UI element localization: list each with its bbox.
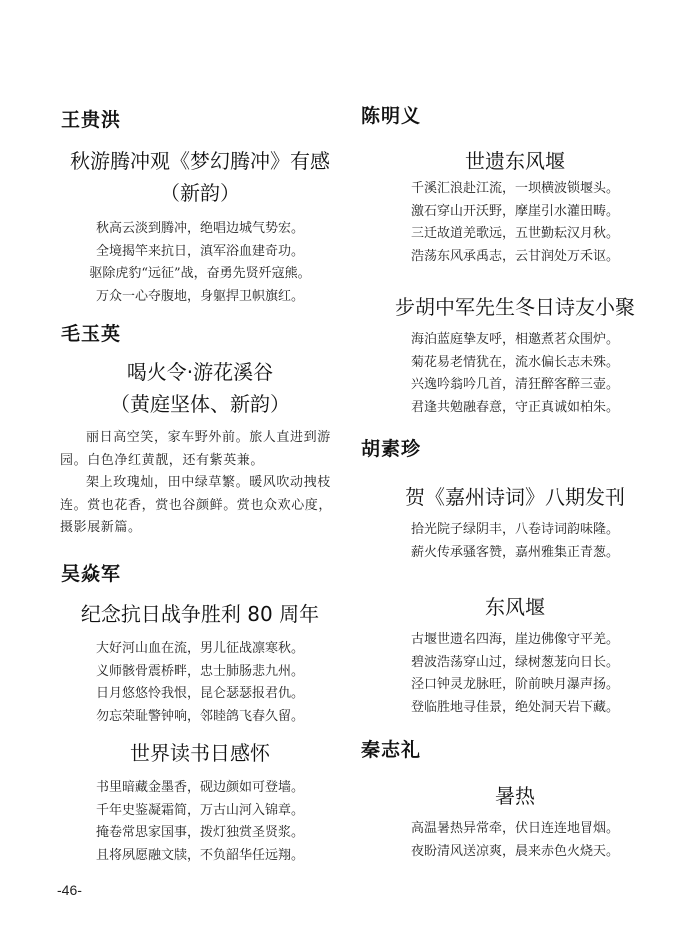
poem-body: 秋高云淡到腾冲，绝唱边城气势宏。 全境揭竿来抗日，滇军浴血建奇功。 驱除虎豹“远… <box>50 218 350 308</box>
poem-line: 碧波浩荡穿山过，绿树葱茏向日长。 <box>360 652 670 675</box>
poem-line: 驱除虎豹“远征”战，奋勇先贤歼寇熊。 <box>50 263 350 286</box>
poem-line: 义师骸骨震桥畔，忠士肺肠悲九州。 <box>50 661 350 684</box>
poem-title: 纪念抗日战争胜利 80 周年 <box>50 599 350 629</box>
poem-body: 古堰世遗名四海，崖边佛像守平羌。 碧波浩荡穿山过，绿树葱茏向日长。 泾口钟灵龙脉… <box>360 629 670 719</box>
poem-line: 日月悠悠怜我恨，昆仑瑟瑟报君仇。 <box>50 683 350 706</box>
poem-body: 千溪汇浪赴江流，一坝横波锁堰头。 激石穿山开沃野，摩崖引水灌田畴。 三迁故道羌歌… <box>360 178 670 268</box>
poem-line: 登临胜地寻佳景，绝处洞天岩下藏。 <box>360 697 670 720</box>
poem-line: 勿忘荣耻警钟响，邻睦鸽飞春久留。 <box>50 706 350 729</box>
poem-title: 步胡中军先生冬日诗友小聚 <box>360 292 670 322</box>
poem-line: 掩卷常思家国事，拨灯独赏圣贤浆。 <box>50 822 350 845</box>
poem-line: 大好河山血在流，男儿征战凛寒秋。 <box>50 638 350 661</box>
poem-line: 海泊蓝庭挚友呼，相邀煮茗众围炉。 <box>360 329 670 352</box>
poem-line: 激石穿山开沃野，摩崖引水灌田畴。 <box>360 201 670 224</box>
ci-body: 丽日高空笑，家车野外前。旅人直进到游园。白色净红黄靓，还有紫英兼。 架上玫瑰灿，… <box>60 427 340 540</box>
poem-line: 万众一心夺腹地，身躯捍卫帜旗红。 <box>50 286 350 309</box>
poem-line: 三迁故道羌歌远，五世勤耘汉月秋。 <box>360 223 670 246</box>
magazine-page: 王贵洪 秋游腾冲观《梦幻腾冲》有感 （新韵） 秋高云淡到腾冲，绝唱边城气势宏。 … <box>0 0 700 950</box>
poem-line: 且将夙愿融文牍，不负韶华任远翔。 <box>50 845 350 868</box>
poem-body: 大好河山血在流，男儿征战凛寒秋。 义师骸骨震桥畔，忠士肺肠悲九州。 日月悠悠怜我… <box>50 638 350 728</box>
author-name: 王贵洪 <box>61 108 121 132</box>
author-name: 陈明义 <box>361 104 421 128</box>
poem-title: 世遗东风堰 <box>360 146 670 176</box>
author-name: 毛玉英 <box>61 322 121 346</box>
poem-line: 千溪汇浪赴江流，一坝横波锁堰头。 <box>360 178 670 201</box>
poem-line: 菊花易老情犹在，流水偏长志未殊。 <box>360 352 670 375</box>
poem-line: 浩荡东风承禹志，云甘润处万禾讴。 <box>360 246 670 269</box>
ci-paragraph: 架上玫瑰灿，田中绿草繁。暖风吹动拽枝连。赏也花香，赏也谷颜鲜。赏也众欢心度，摄影… <box>60 472 340 540</box>
poem-line: 全境揭竿来抗日，滇军浴血建奇功。 <box>50 241 350 264</box>
poem-line: 高温暑热异常牵，伏日连连地冒烟。 <box>360 818 670 841</box>
page-number: -46- <box>57 882 82 898</box>
author-name: 胡素珍 <box>361 437 421 461</box>
poem-line: 古堰世遗名四海，崖边佛像守平羌。 <box>360 629 670 652</box>
poem-title: 东风堰 <box>360 592 670 622</box>
poem-body: 高温暑热异常牵，伏日连连地冒烟。 夜盼清风送凉爽，晨来赤色火烧天。 <box>360 818 670 863</box>
poem-title: 暑热 <box>360 781 670 811</box>
poem-line: 夜盼清风送凉爽，晨来赤色火烧天。 <box>360 841 670 864</box>
poem-title: 世界读书日感怀 <box>50 738 350 768</box>
author-name: 吴焱军 <box>61 562 121 586</box>
poem-body: 海泊蓝庭挚友呼，相邀煮茗众围炉。 菊花易老情犹在，流水偏长志未殊。 兴逸吟翁吟几… <box>360 329 670 419</box>
poem-title-subtitle: （黄庭坚体、新韵） <box>50 389 350 419</box>
author-name: 秦志礼 <box>361 738 421 762</box>
poem-body: 拾光院子绿阴丰，八卷诗词韵味隆。 薪火传承骚客赞，嘉州雅集正青葱。 <box>360 519 670 564</box>
poem-line: 拾光院子绿阴丰，八卷诗词韵味隆。 <box>360 519 670 542</box>
ci-paragraph: 丽日高空笑，家车野外前。旅人直进到游园。白色净红黄靓，还有紫英兼。 <box>60 427 340 472</box>
poem-line: 薪火传承骚客赞，嘉州雅集正青葱。 <box>360 542 670 565</box>
poem-line: 君逢共勉融春意，守正真诚如柏朱。 <box>360 397 670 420</box>
poem-line: 书里暗藏金墨香，砚边颜如可登墙。 <box>50 777 350 800</box>
poem-line: 千年史鉴凝霜简，万古山河入锦章。 <box>50 800 350 823</box>
poem-title-subtitle: （新韵） <box>50 178 350 208</box>
poem-title: 秋游腾冲观《梦幻腾冲》有感 <box>50 146 350 176</box>
poem-line: 兴逸吟翁吟几首，清狂醉客醉三壶。 <box>360 374 670 397</box>
poem-title: 贺《嘉州诗词》八期发刊 <box>360 482 670 512</box>
poem-title: 喝火令·游花溪谷 <box>50 357 350 387</box>
poem-line: 泾口钟灵龙脉旺，阶前映月瀑声扬。 <box>360 674 670 697</box>
poem-line: 秋高云淡到腾冲，绝唱边城气势宏。 <box>50 218 350 241</box>
poem-body: 书里暗藏金墨香，砚边颜如可登墙。 千年史鉴凝霜简，万古山河入锦章。 掩卷常思家国… <box>50 777 350 867</box>
